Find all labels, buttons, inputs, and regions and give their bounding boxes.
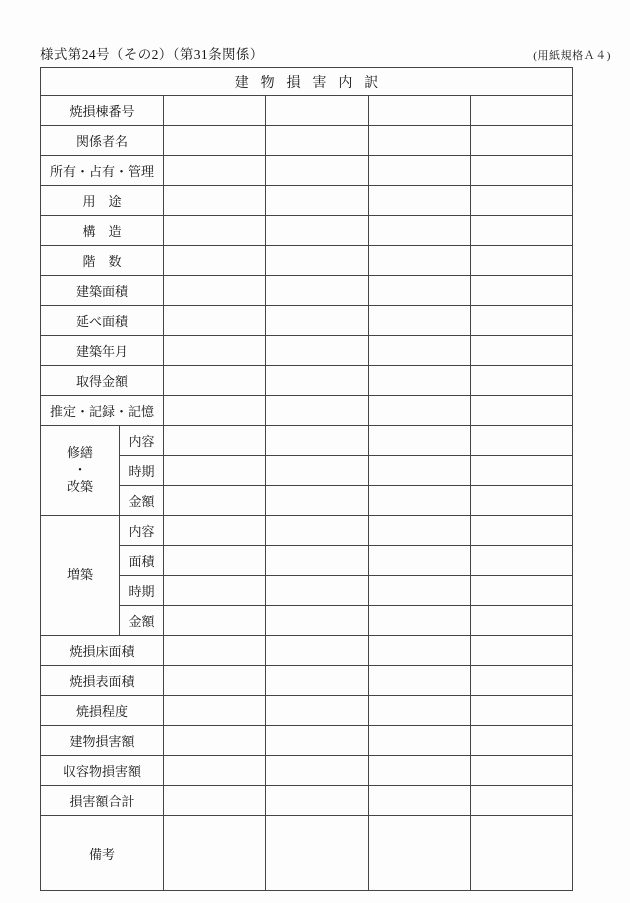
row-label: 建築年月: [41, 336, 164, 366]
empty-cell: [164, 336, 266, 366]
empty-cell: [471, 426, 573, 456]
empty-cell: [164, 666, 266, 696]
page-header: 様式第24号（その2）（第31条関係） (用紙規格Ａ４): [40, 43, 611, 63]
form-row: 収容物損害額: [41, 756, 573, 786]
empty-cell: [164, 396, 266, 426]
form-row: 関係者名: [41, 126, 573, 156]
empty-cell: [266, 726, 369, 756]
empty-cell: [471, 156, 573, 186]
empty-cell: [369, 606, 471, 636]
empty-cell: [369, 216, 471, 246]
form-row: 構 造: [41, 216, 573, 246]
empty-cell: [471, 606, 573, 636]
empty-cell: [266, 216, 369, 246]
sub-row-label: 金額: [120, 486, 164, 516]
empty-cell: [471, 756, 573, 786]
empty-cell: [471, 696, 573, 726]
empty-cell: [164, 426, 266, 456]
form-row: 金額: [41, 486, 573, 516]
empty-cell: [164, 366, 266, 396]
empty-cell: [369, 306, 471, 336]
form-row: 焼損床面積: [41, 636, 573, 666]
table-title-row: 建物損害内訳: [41, 68, 573, 96]
empty-cell: [369, 666, 471, 696]
empty-cell: [471, 366, 573, 396]
empty-cell: [471, 186, 573, 216]
empty-cell: [369, 456, 471, 486]
empty-cell: [164, 636, 266, 666]
sub-row-label: 内容: [120, 516, 164, 546]
form-row: 焼損棟番号: [41, 96, 573, 126]
empty-cell: [471, 516, 573, 546]
empty-cell: [266, 96, 369, 126]
row-label: 所有・占有・管理: [41, 156, 164, 186]
empty-cell: [369, 426, 471, 456]
empty-cell: [471, 456, 573, 486]
row-label: 焼損表面積: [41, 666, 164, 696]
empty-cell: [164, 786, 266, 816]
empty-cell: [369, 786, 471, 816]
empty-cell: [369, 246, 471, 276]
form-number: 様式第24号（その2）（第31条関係）: [40, 43, 264, 63]
empty-cell: [471, 126, 573, 156]
remarks-row: 備考: [41, 816, 573, 891]
empty-cell: [266, 816, 369, 891]
empty-cell: [266, 186, 369, 216]
empty-cell: [164, 696, 266, 726]
empty-cell: [369, 396, 471, 426]
empty-cell: [266, 786, 369, 816]
empty-cell: [164, 816, 266, 891]
empty-cell: [471, 306, 573, 336]
form-row: 時期: [41, 456, 573, 486]
form-row: 金額: [41, 606, 573, 636]
form-row: 面積: [41, 546, 573, 576]
group-label-repair-renovation: 修繕 ・ 改築: [41, 426, 120, 516]
empty-cell: [266, 126, 369, 156]
empty-cell: [266, 246, 369, 276]
row-label: 構 造: [41, 216, 164, 246]
building-damage-table: 建物損害内訳 焼損棟番号 関係者名 所有・占有・管理 用 途 構 造 階 数 建…: [40, 67, 573, 891]
group-label-extension: 増築: [41, 516, 120, 636]
empty-cell: [369, 276, 471, 306]
empty-cell: [164, 276, 266, 306]
form-row: 焼損表面積: [41, 666, 573, 696]
empty-cell: [369, 336, 471, 366]
empty-cell: [266, 486, 369, 516]
empty-cell: [164, 246, 266, 276]
empty-cell: [471, 636, 573, 666]
form-row: 取得金額: [41, 366, 573, 396]
empty-cell: [471, 246, 573, 276]
empty-cell: [164, 516, 266, 546]
empty-cell: [471, 726, 573, 756]
empty-cell: [266, 546, 369, 576]
empty-cell: [164, 606, 266, 636]
form-row: 損害額合計: [41, 786, 573, 816]
empty-cell: [369, 696, 471, 726]
row-label: 損害額合計: [41, 786, 164, 816]
empty-cell: [471, 666, 573, 696]
empty-cell: [266, 606, 369, 636]
empty-cell: [369, 186, 471, 216]
empty-cell: [369, 96, 471, 126]
empty-cell: [369, 756, 471, 786]
empty-cell: [471, 486, 573, 516]
row-label: 焼損棟番号: [41, 96, 164, 126]
form-row: 修繕 ・ 改築 内容: [41, 426, 573, 456]
empty-cell: [471, 336, 573, 366]
empty-cell: [266, 156, 369, 186]
empty-cell: [164, 546, 266, 576]
remarks-label: 備考: [41, 816, 164, 891]
form-row: 焼損程度: [41, 696, 573, 726]
form-row: 所有・占有・管理: [41, 156, 573, 186]
row-label: 取得金額: [41, 366, 164, 396]
empty-cell: [164, 726, 266, 756]
empty-cell: [266, 336, 369, 366]
empty-cell: [369, 576, 471, 606]
empty-cell: [369, 726, 471, 756]
empty-cell: [369, 126, 471, 156]
form-row: 時期: [41, 576, 573, 606]
row-label: 階 数: [41, 246, 164, 276]
empty-cell: [471, 96, 573, 126]
sub-row-label: 金額: [120, 606, 164, 636]
empty-cell: [164, 126, 266, 156]
paper-spec: (用紙規格Ａ４): [533, 47, 611, 63]
empty-cell: [164, 756, 266, 786]
empty-cell: [266, 366, 369, 396]
sub-row-label: 面積: [120, 546, 164, 576]
sub-row-label: 時期: [120, 456, 164, 486]
empty-cell: [266, 276, 369, 306]
empty-cell: [164, 576, 266, 606]
empty-cell: [266, 516, 369, 546]
empty-cell: [369, 516, 471, 546]
empty-cell: [369, 636, 471, 666]
empty-cell: [471, 546, 573, 576]
form-row: 階 数: [41, 246, 573, 276]
form-row: 用 途: [41, 186, 573, 216]
empty-cell: [164, 486, 266, 516]
empty-cell: [471, 786, 573, 816]
sub-row-label: 内容: [120, 426, 164, 456]
row-label: 延べ面積: [41, 306, 164, 336]
empty-cell: [164, 96, 266, 126]
form-row: 建物損害額: [41, 726, 573, 756]
empty-cell: [369, 366, 471, 396]
empty-cell: [369, 546, 471, 576]
empty-cell: [266, 666, 369, 696]
empty-cell: [266, 696, 369, 726]
form-row: 増築 内容: [41, 516, 573, 546]
form-row: 建築年月: [41, 336, 573, 366]
empty-cell: [164, 216, 266, 246]
empty-cell: [164, 156, 266, 186]
empty-cell: [266, 396, 369, 426]
row-label: 推定・記録・記憶: [41, 396, 164, 426]
row-label: 建物損害額: [41, 726, 164, 756]
form-row: 推定・記録・記憶: [41, 396, 573, 426]
row-label: 建築面積: [41, 276, 164, 306]
empty-cell: [471, 576, 573, 606]
empty-cell: [471, 216, 573, 246]
empty-cell: [369, 486, 471, 516]
empty-cell: [471, 276, 573, 306]
empty-cell: [266, 306, 369, 336]
empty-cell: [266, 576, 369, 606]
row-label: 関係者名: [41, 126, 164, 156]
sub-row-label: 時期: [120, 576, 164, 606]
form-row: 建築面積: [41, 276, 573, 306]
empty-cell: [266, 426, 369, 456]
empty-cell: [266, 636, 369, 666]
empty-cell: [471, 396, 573, 426]
row-label: 焼損程度: [41, 696, 164, 726]
empty-cell: [164, 456, 266, 486]
table-title: 建物損害内訳: [41, 68, 573, 96]
empty-cell: [266, 456, 369, 486]
empty-cell: [164, 306, 266, 336]
empty-cell: [471, 816, 573, 891]
empty-cell: [164, 186, 266, 216]
form-row: 延べ面積: [41, 306, 573, 336]
empty-cell: [369, 816, 471, 891]
row-label: 用 途: [41, 186, 164, 216]
empty-cell: [369, 156, 471, 186]
empty-cell: [266, 756, 369, 786]
row-label: 収容物損害額: [41, 756, 164, 786]
row-label: 焼損床面積: [41, 636, 164, 666]
